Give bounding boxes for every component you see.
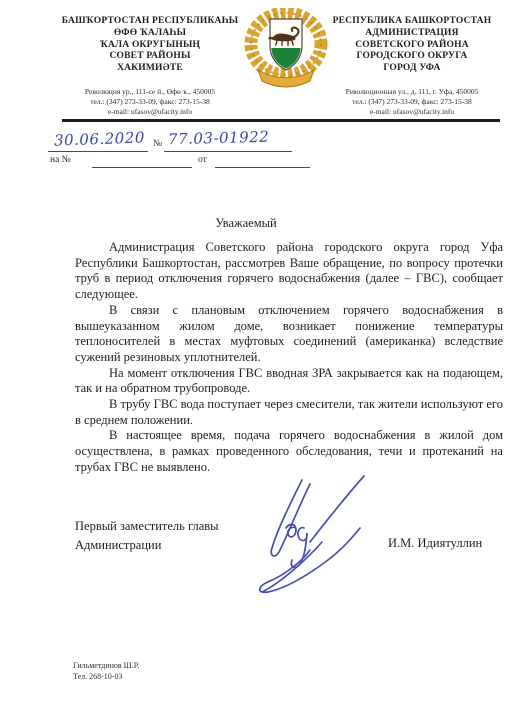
org-name-line: ГОРОДСКОГО ОКРУГА: [312, 51, 512, 63]
org-name-line: РЕСПУБЛИКА БАШКОРТОСТАН: [312, 16, 512, 28]
signer-position-line: Первый заместитель главы: [75, 517, 275, 536]
executor-name: Гильметдинов Ш.Р.: [73, 661, 139, 672]
paragraph: На момент отключения ГВС вводная ЗРА зак…: [75, 366, 503, 397]
executor-phone: Тел. 268-10-03: [73, 672, 139, 683]
reply-number-underline: [92, 166, 192, 168]
executor-note: Гильметдинов Ш.Р. Тел. 268-10-03: [73, 661, 139, 682]
address-line: Революционная ул., д. 111, г. Уфа, 45000…: [312, 87, 512, 97]
letterhead-divider: [62, 119, 500, 122]
reply-date-underline: [215, 166, 310, 168]
org-name-bashkir: БАШҠОРТОСТАН РЕСПУБЛИКАҺЫ ӨФӨ ҠАЛАҺЫ ҠАЛ…: [40, 16, 260, 75]
number-label: №: [153, 139, 162, 149]
org-name-line: ҠАЛА ОКРУГЫНЫҢ: [40, 40, 260, 52]
letter-page: БАШҠОРТОСТАН РЕСПУБЛИКАҺЫ ӨФӨ ҠАЛАҺЫ ҠАЛ…: [0, 0, 525, 714]
org-name-line: ГОРОД УФА: [312, 63, 512, 75]
org-name-line: СОВЕТ РАЙОНЫ: [40, 51, 260, 63]
org-address-russian: Революционная ул., д. 111, г. Уфа, 45000…: [312, 87, 512, 117]
paragraph: Администрация Советского района городско…: [75, 240, 503, 303]
org-name-line: ХАКИМИӘТЕ: [40, 63, 260, 75]
handwritten-date: 30.06.2020: [54, 128, 145, 149]
address-line: e-mail: ufasov@ufacity.info: [312, 107, 512, 117]
org-name-line: ӨФӨ ҠАЛАҺЫ: [40, 28, 260, 40]
org-name-line: АДМИНИСТРАЦИЯ: [312, 28, 512, 40]
reply-from-label: от: [198, 155, 207, 165]
number-underline: [164, 150, 292, 152]
address-line: тел.: (347) 273-33-09, факс: 273-15-38: [312, 97, 512, 107]
date-underline: [48, 150, 148, 152]
letter-body: Администрация Советского района городско…: [75, 240, 503, 476]
signer-name: И.М. Идиятуллин: [388, 536, 482, 551]
address-line: тел.: (347) 273-33-09, факс: 273-15-38: [40, 97, 260, 107]
org-name-line: БАШҠОРТОСТАН РЕСПУБЛИКАҺЫ: [40, 16, 260, 28]
org-name-line: СОВЕТСКОГО РАЙОНА: [312, 40, 512, 52]
address-line: e-mail: ufasov@ufacity.info: [40, 107, 260, 117]
handwritten-number: 77.03-01922: [168, 128, 270, 149]
reply-to-label: на №: [50, 155, 71, 165]
signer-position: Первый заместитель главы Администрации: [75, 517, 275, 555]
org-address-bashkir: Революция ур., 111-се й., Өфө ҡ., 450005…: [40, 87, 260, 117]
paragraph: В трубу ГВС вода поступает через смесите…: [75, 397, 503, 428]
address-line: Революция ур., 111-се й., Өфө ҡ., 450005: [40, 87, 260, 97]
salutation: Уважаемый: [75, 216, 417, 231]
paragraph: В связи с плановым отключением горячего …: [75, 303, 503, 366]
signer-position-line: Администрации: [75, 536, 275, 555]
org-name-russian: РЕСПУБЛИКА БАШКОРТОСТАН АДМИНИСТРАЦИЯ СО…: [312, 16, 512, 75]
